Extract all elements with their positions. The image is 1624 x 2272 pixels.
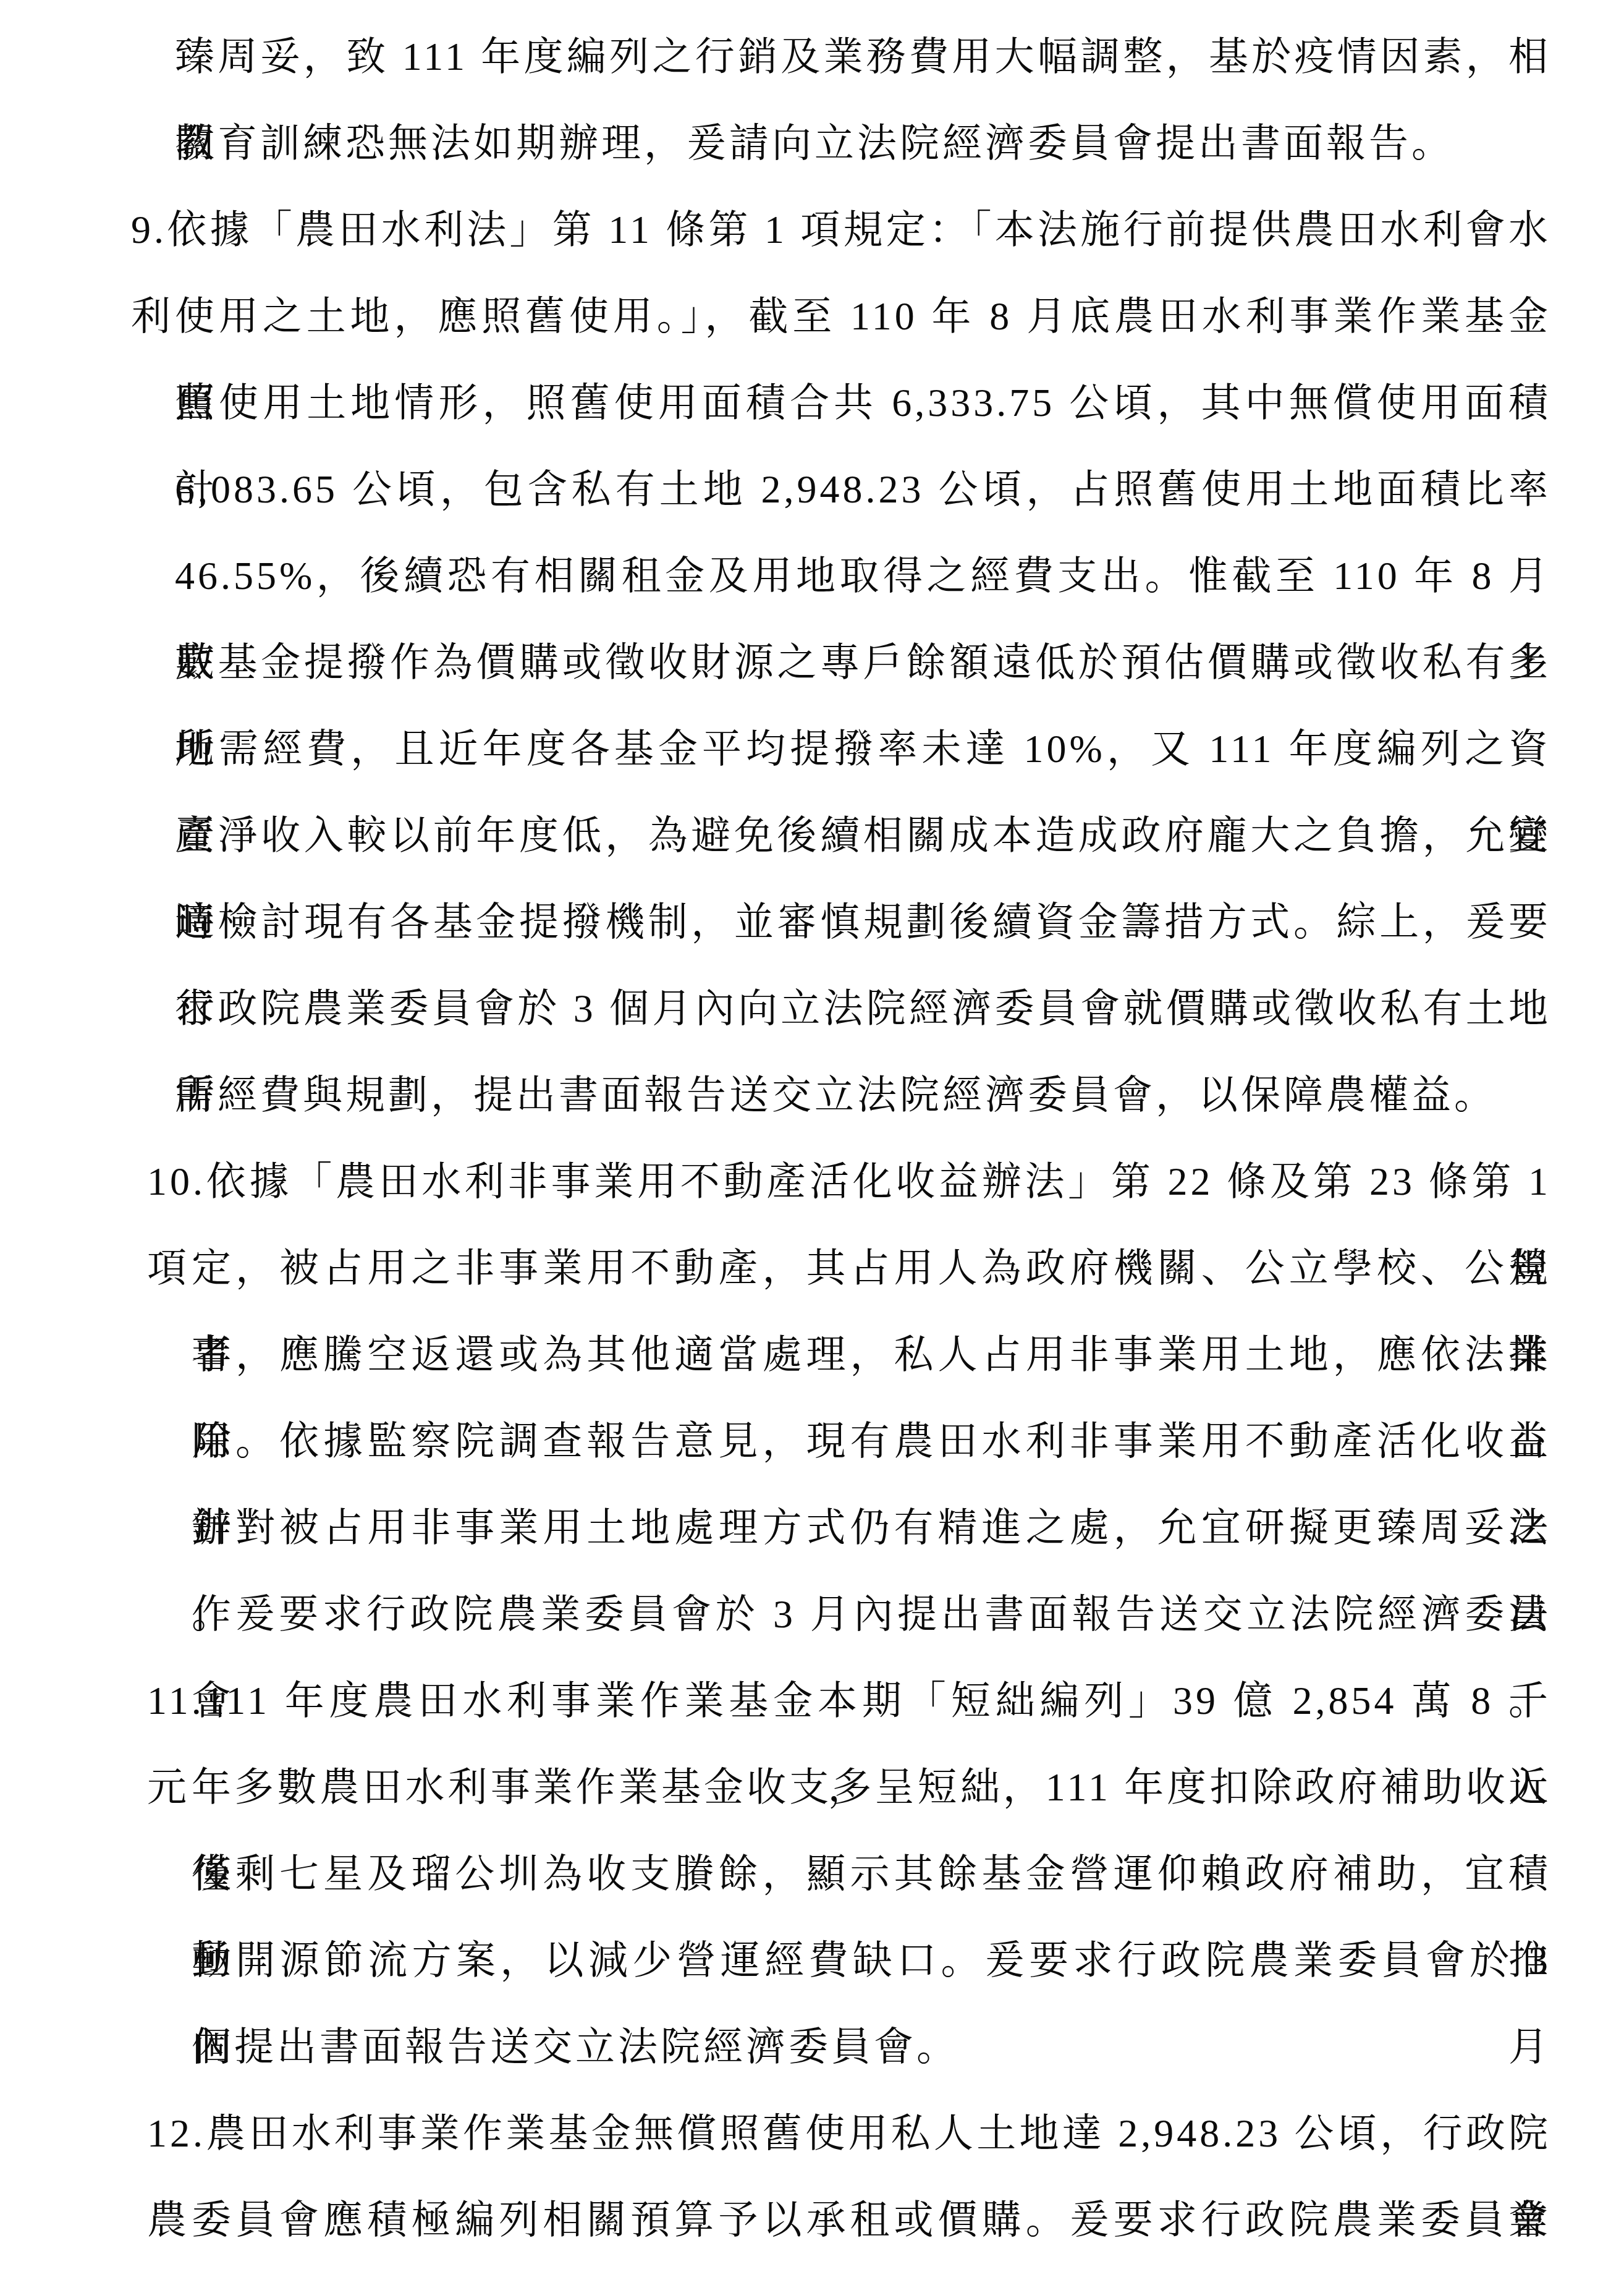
text-line: 使用之土地，應照舊使用。」，截至 110 年 8 月底農田水利事業作業基金照 <box>0 273 1551 360</box>
text-line: 數基金提撥作為價購或徵收財源之專戶餘額遠低於預估價購或徵收私有土地 <box>0 619 1551 706</box>
text-line: 教育訓練恐無法如期辦理，爰請向立法院經濟委員會提出書面報告。 <box>0 100 1551 187</box>
text-line: 用。依據監察院調查報告意見，現有農田水利非事業用不動產活化收益辦法 <box>0 1398 1551 1485</box>
text-line: 6,083.65 公頃，包含私有土地 2,948.23 公頃，占照舊使用土地面積… <box>0 446 1551 533</box>
text-line: 僅剩七星及瑠公圳為收支賸餘，顯示其餘基金營運仰賴政府補助，宜積極推 <box>0 1831 1551 1917</box>
text-line: 動開源節流方案，以減少營運經費缺口。爰要求行政院農業委員會於 3 個月 <box>0 1917 1551 2004</box>
list-item-11-start: 11.111 年度農田水利事業作業基金本期「短絀編列」39 億 2,854 萬 … <box>0 1658 1551 1744</box>
text-line: 針對被占用非事業用土地處理方式仍有精進之處，允宜研擬更臻周妥之作法 <box>0 1485 1551 1571</box>
text-line: 46.55%，後續恐有相關租金及用地取得之經費支出。惟截至 110 年 8 月底… <box>0 533 1551 619</box>
document-page: 臻周妥，致 111 年度編列之行銷及業務費用大幅調整，基於疫情因素，相關 教育訓… <box>0 0 1624 2272</box>
text-line: 者，應騰空返還或為其他適當處理，私人占用非事業用土地，應依法排除占 <box>0 1312 1551 1398</box>
text-line: 臻周妥，致 111 年度編列之行銷及業務費用大幅調整，基於疫情因素，相關 <box>0 14 1551 100</box>
list-item-12-start: 12.農田水利事業作業基金無償照舊使用私人土地達 2,948.23 公頃，行政院… <box>0 2090 1551 2177</box>
text-line: 需經費與規劃，提出書面報告送交立法院經濟委員會，以保障農權益。 <box>0 1052 1551 1138</box>
text-line: 年多數農田水利事業作業基金收支多呈短絀，111 年度扣除政府補助收入後 <box>0 1744 1551 1831</box>
list-item-10-start: 10.依據「農田水利非事業用不動產活化收益辦法」第 22 條及第 23 條第 1… <box>0 1138 1551 1225</box>
text-line: 所需經費，且近年度各基金平均提撥率未達 10%，又 111 年度編列之資產變 <box>0 706 1551 792</box>
text-line: 。爰要求行政院農業委員會於 3 月內提出書面報告送交立法院經濟委員會。 <box>0 1571 1551 1658</box>
text-line: 定，被占用之非事業用不動產，其占用人為政府機關、公立學校、公營事業 <box>0 1225 1551 1312</box>
text-line: 時檢討現有各基金提撥機制，並審慎規劃後續資金籌措方式。綜上，爰要求 <box>0 879 1551 965</box>
text-line: 行政院農業委員會於 3 個月內向立法院經濟委員會就價購或徵收私有土地所 <box>0 965 1551 1052</box>
list-item-9-start: 9.依據「農田水利法」第 11 條第 1 項規定：「本法施行前提供農田水利會水利 <box>0 187 1551 273</box>
text-line: 賣淨收入較以前年度低，為避免後續相關成本造成政府龐大之負擔，允宜適 <box>0 792 1551 879</box>
text-line: 委員會應積極編列相關預算予以承租或價購。爰要求行政院農業委員會應檢 <box>0 2177 1551 2263</box>
text-line: 舊使用土地情形，照舊使用面積合共 6,333.75 公頃，其中無償使用面積計 <box>0 360 1551 446</box>
